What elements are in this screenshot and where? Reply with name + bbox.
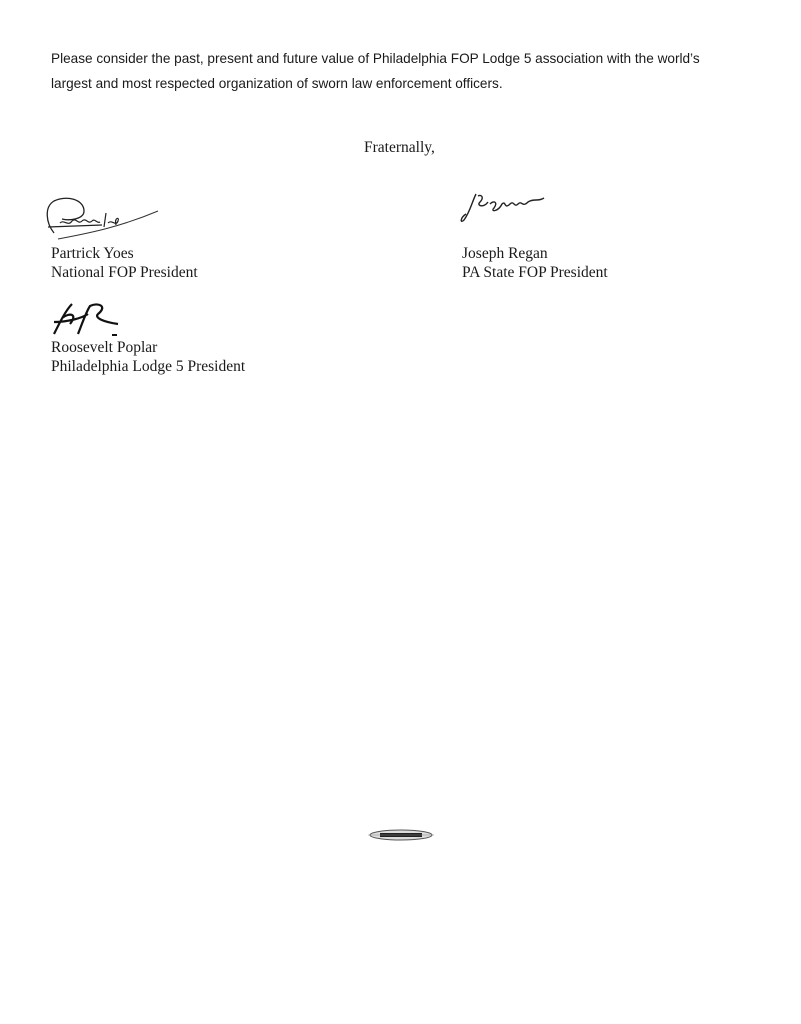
signatory-title: National FOP President (51, 264, 198, 282)
union-bug-logo-icon (368, 828, 434, 842)
paragraph-line: Please consider the past, present and fu… (51, 46, 751, 71)
signature-yoes-icon (40, 193, 165, 243)
signatory-name: Joseph Regan (462, 245, 548, 263)
paragraph-line: largest and most respected organization … (51, 71, 751, 96)
closing-salutation: Fraternally, (364, 139, 435, 157)
letter-paragraph: Please consider the past, present and fu… (51, 46, 751, 96)
signature-regan-icon (458, 188, 558, 228)
signatory-name: Partrick Yoes (51, 245, 134, 263)
signature-poplar-icon (48, 300, 128, 342)
signatory-title: PA State FOP President (462, 264, 608, 282)
signatory-name: Roosevelt Poplar (51, 339, 157, 357)
signatory-title: Philadelphia Lodge 5 President (51, 358, 245, 376)
